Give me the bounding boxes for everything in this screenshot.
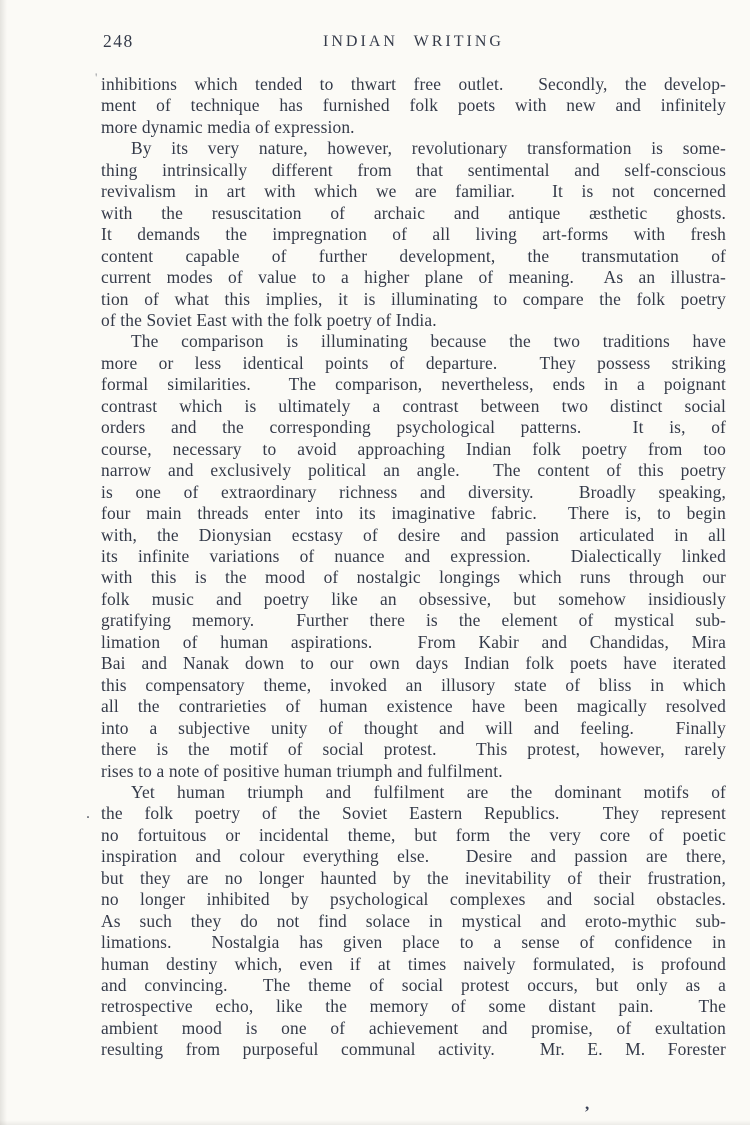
text-line: narrow and exclusively political an angl… [101, 460, 726, 481]
text-line: ment of technique has furnished folk poe… [101, 95, 726, 116]
text-line: resulting from purposeful communal activ… [101, 1039, 726, 1060]
text-line: inhibitions which tended to thwart free … [101, 74, 726, 95]
text-line: thing intrinsically different from that … [101, 160, 726, 181]
text-line: and convincing. The theme of social prot… [101, 975, 726, 996]
text-line: this compensatory theme, invoked an illu… [101, 675, 726, 696]
paragraph: Yet human triumph and fulfilment are the… [101, 782, 726, 1061]
text-line: no fortuitous or incidental theme, but f… [101, 825, 726, 846]
text-line: with the resuscitation of archaic and an… [101, 203, 726, 224]
text-line: gratifying memory. Further there is the … [101, 610, 726, 631]
print-artifact-tick: ' [95, 71, 97, 84]
text-line: course, necessary to avoid approaching I… [101, 439, 726, 460]
print-artifact-stray-mark: , [585, 1095, 589, 1112]
text-line: its infinite variations of nuance and ex… [101, 546, 726, 567]
text-line: with, the Dionysian ecstasy of desire an… [101, 525, 726, 546]
text-line: of the Soviet East with the folk poetry … [101, 310, 726, 331]
text-line: there is the motif of social protest. Th… [101, 739, 726, 760]
page-body: inhibitions which tended to thwart free … [101, 74, 726, 1061]
text-line: contrast which is ultimately a contrast … [101, 396, 726, 417]
text-line: The comparison is illuminating because t… [101, 331, 726, 352]
text-line: It demands the impregnation of all livin… [101, 224, 726, 245]
book-page: { "page": { "number": "248", "running_ti… [0, 0, 750, 1125]
text-line: As such they do not find solace in mysti… [101, 911, 726, 932]
text-line: with this is the mood of nostalgic longi… [101, 567, 726, 588]
text-line: no longer inhibited by psychological com… [101, 889, 726, 910]
scan-edge-shadow-bottom [0, 1120, 750, 1125]
text-line: human destiny which, even if at times na… [101, 954, 726, 975]
text-line: retrospective echo, like the memory of s… [101, 996, 726, 1017]
scan-edge-shadow-left [0, 0, 7, 1125]
text-line: more dynamic media of expression. [101, 117, 726, 138]
text-line: is one of extraordinary richness and div… [101, 482, 726, 503]
text-line: Yet human triumph and fulfilment are the… [101, 782, 726, 803]
text-line: limation of human aspirations. From Kabi… [101, 632, 726, 653]
text-line: content capable of further development, … [101, 246, 726, 267]
paragraph: inhibitions which tended to thwart free … [101, 74, 726, 138]
text-line: By its very nature, however, revolutiona… [101, 138, 726, 159]
paragraph: The comparison is illuminating because t… [101, 331, 726, 782]
text-line: rises to a note of positive human triump… [101, 761, 726, 782]
text-line: into a subjective unity of thought and w… [101, 718, 726, 739]
running-title: INDIAN WRITING [101, 33, 726, 51]
text-line: tion of what this implies, it is illumin… [101, 289, 726, 310]
text-line: inspiration and colour everything else. … [101, 846, 726, 867]
text-line: formal similarities. The comparison, nev… [101, 374, 726, 395]
text-line: more or less identical points of departu… [101, 353, 726, 374]
text-line: Bai and Nanak down to our own days India… [101, 653, 726, 674]
text-line: ambient mood is one of achievement and p… [101, 1018, 726, 1039]
text-line: the folk poetry of the Soviet Eastern Re… [101, 803, 726, 824]
text-line: revivalism in art with which we are fami… [101, 181, 726, 202]
text-line: current modes of value to a higher plane… [101, 267, 726, 288]
text-line: four main threads enter into its imagina… [101, 503, 726, 524]
text-line: folk music and poetry like an obsessive,… [101, 589, 726, 610]
print-artifact-margin-dot: . [86, 806, 90, 822]
text-line: limations. Nostalgia has given place to … [101, 932, 726, 953]
text-line: but they are no longer haunted by the in… [101, 868, 726, 889]
paragraph: By its very nature, however, revolutiona… [101, 138, 726, 331]
text-line: all the contrarieties of human existence… [101, 696, 726, 717]
text-line: orders and the corresponding psychologic… [101, 417, 726, 438]
